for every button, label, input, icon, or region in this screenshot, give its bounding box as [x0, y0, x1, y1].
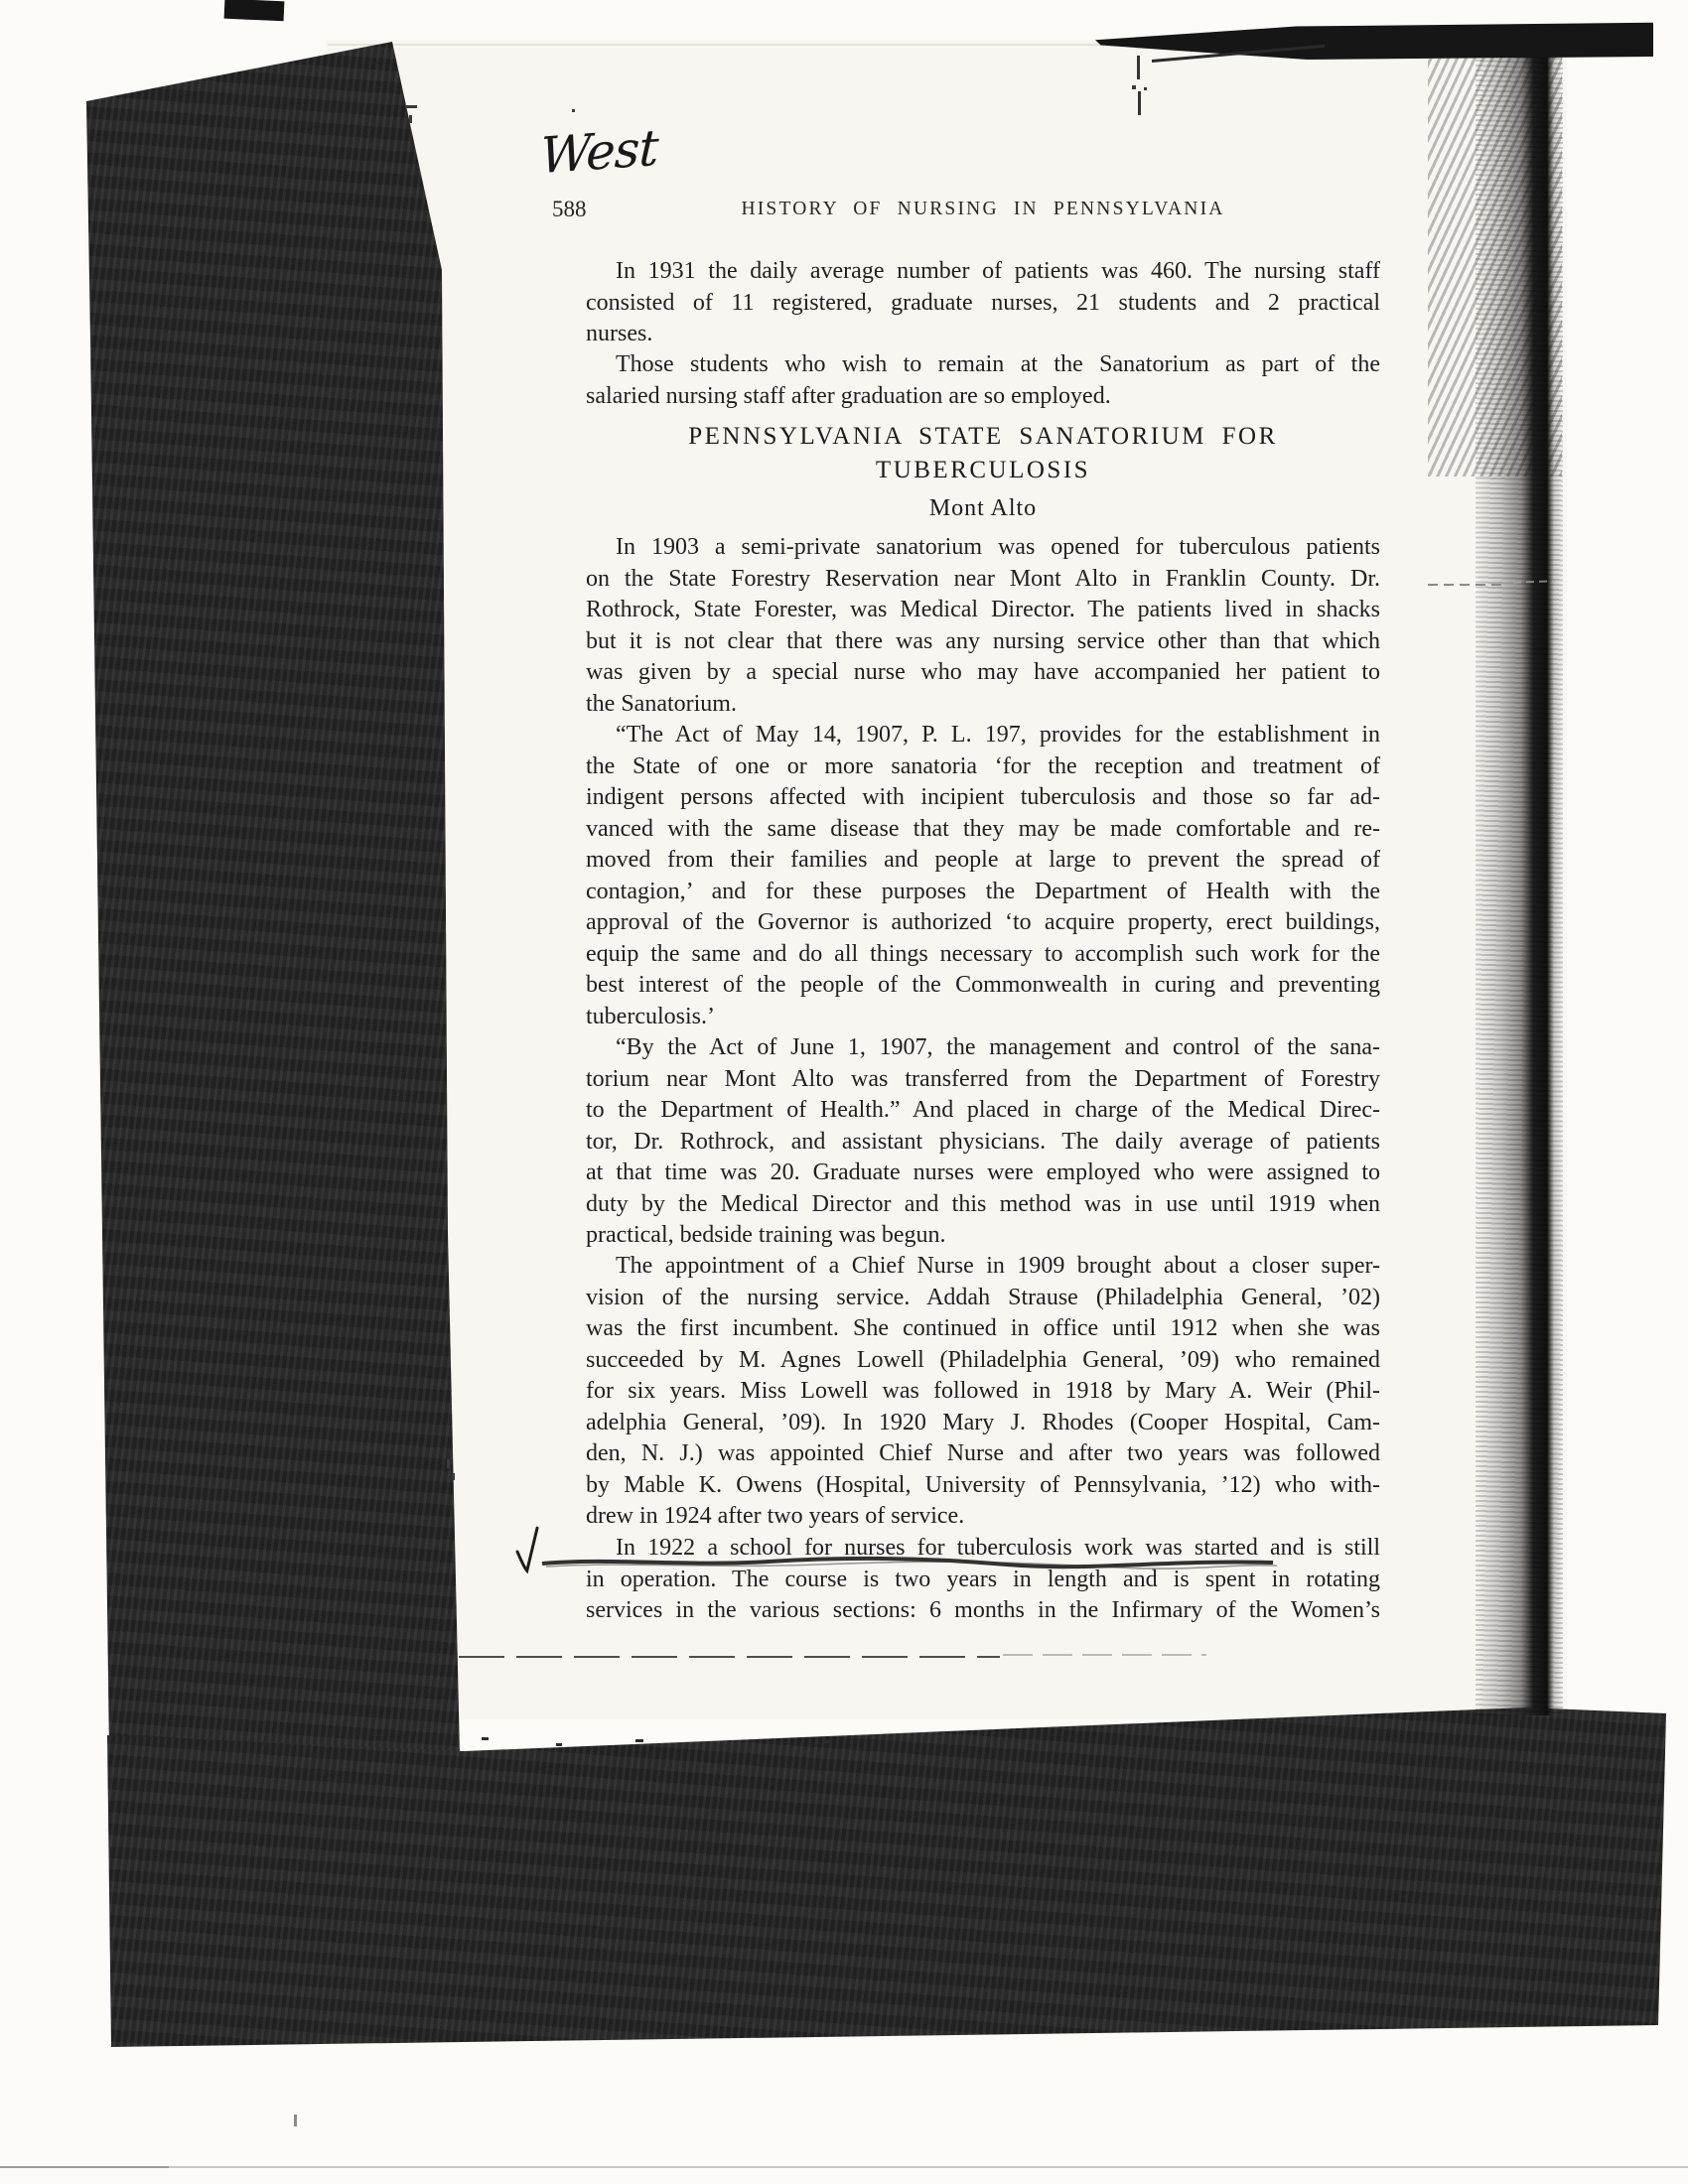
text-line: consisted of 11 registered, graduate nur…	[586, 288, 1380, 320]
bottom-dashed-rule	[459, 1656, 1000, 1658]
scan-hairline	[0, 2166, 1688, 2168]
hand-drawn-underline	[540, 1555, 1285, 1570]
paragraph: “The Act of May 14, 1907, P. L. 197, pro…	[586, 720, 1380, 1032]
text-line: succeeded by M. Agnes Lowell (Philadelph…	[586, 1345, 1380, 1377]
text-line: services in the various sections: 6 mont…	[586, 1595, 1380, 1627]
toner-top-left-dash	[224, 0, 285, 21]
toner-speck	[452, 1473, 455, 1480]
toner-speck	[1144, 87, 1147, 90]
text-line: In 1931 the daily average number of pati…	[586, 256, 1380, 288]
toner-speck	[635, 1739, 643, 1742]
section-subheading: Mont Alto	[586, 495, 1380, 522]
scan-hairline	[0, 2166, 169, 2168]
paragraph: In 1903 a semi-private sanatorium was op…	[586, 532, 1380, 720]
text-line: salaried nursing staff after graduation …	[586, 381, 1380, 413]
running-head-title: HISTORY OF NURSING IN PENNSYLVANIA	[586, 199, 1380, 220]
photocopied-book-page: { "colors": { "toner_black": "#242424", …	[0, 0, 1688, 2184]
text-line: at that time was 20. Graduate nurses wer…	[586, 1158, 1380, 1189]
text-line: den, N. J.) was appointed Chief Nurse an…	[586, 1438, 1380, 1470]
paragraph: In 1931 the daily average number of pati…	[586, 256, 1380, 350]
toner-speck	[725, 1744, 731, 1747]
toner-speck	[824, 1740, 831, 1743]
text-line: adelphia General, ’09). In 1920 Mary J. …	[586, 1408, 1380, 1439]
text-line: but it is not clear that there was any n…	[586, 626, 1380, 658]
handwritten-annotation: West	[539, 119, 658, 186]
paragraph: “By the Act of June 1, 1907, the managem…	[586, 1032, 1380, 1252]
text-line: by Mable K. Owens (Hospital, University …	[586, 1470, 1380, 1502]
paragraph: Those students who wish to remain at the…	[586, 349, 1380, 412]
text-line: was the first incumbent. She continued i…	[586, 1313, 1380, 1345]
photocopy-toner-left-band	[84, 42, 462, 1754]
text-line: on the State Forestry Reservation near M…	[586, 564, 1380, 596]
text-line: “The Act of May 14, 1907, P. L. 197, pro…	[586, 720, 1380, 751]
text-line: was given by a special nurse who may hav…	[586, 657, 1380, 689]
text-line: In 1903 a semi-private sanatorium was op…	[586, 532, 1380, 564]
stray-vertical-dash	[1138, 91, 1141, 115]
text-line: Rothrock, State Forester, was Medical Di…	[586, 595, 1380, 626]
toner-speck	[556, 1743, 562, 1746]
section-heading-line1: PENNSYLVANIA STATE SANATORIUM FOR	[586, 423, 1380, 451]
toner-speck	[294, 2115, 297, 2126]
text-line: the State of one or more sanatoria ‘for …	[586, 751, 1380, 783]
toner-speck	[409, 115, 412, 123]
text-line: moved from their families and people at …	[586, 845, 1380, 877]
page-top-edge	[328, 44, 1102, 46]
text-line: practical, bedside training was begun.	[586, 1220, 1380, 1252]
section-heading-line2: TUBERCULOSIS	[586, 457, 1380, 484]
text-line: best interest of the people of the Commo…	[586, 970, 1380, 1002]
text-line: nurses.	[586, 319, 1380, 350]
text-line: to the Department of Health.” And placed…	[586, 1095, 1380, 1127]
text-line: approval of the Governor is authorized ‘…	[586, 907, 1380, 939]
binding-shadow-top-smudge	[1428, 50, 1562, 477]
page-number: 588	[552, 197, 587, 222]
toner-speck	[572, 109, 575, 112]
paragraph: The appointment of a Chief Nurse in 1909…	[586, 1251, 1380, 1533]
text-line: tor, Dr. Rothrock, and assistant physici…	[586, 1127, 1380, 1159]
text-line: the Sanatorium.	[586, 689, 1380, 721]
paragraph: In 1922 a school for nurses for tubercul…	[586, 1533, 1380, 1627]
text-line: torium near Mont Alto was transferred fr…	[586, 1064, 1380, 1096]
text-line: equip the same and do all things necessa…	[586, 939, 1380, 971]
text-line: Those students who wish to remain at the…	[586, 349, 1380, 381]
toner-speck	[405, 105, 417, 108]
text-line: indigent persons affected with incipient…	[586, 782, 1380, 814]
stray-vertical-dash	[1137, 56, 1140, 79]
text-line: vanced with the same disease that they m…	[586, 814, 1380, 846]
text-line: drew in 1924 after two years of service.	[586, 1501, 1380, 1533]
bottom-dashed-rule	[1003, 1654, 1206, 1656]
text-line: The appointment of a Chief Nurse in 1909…	[586, 1251, 1380, 1283]
text-line: vision of the nursing service. Addah Str…	[586, 1283, 1380, 1314]
text-line: tuberculosis.’	[586, 1002, 1380, 1033]
margin-dashed-line	[1428, 584, 1507, 586]
text-line: for six years. Miss Lowell was followed …	[586, 1376, 1380, 1408]
toner-speck	[447, 1459, 450, 1468]
text-line: “By the Act of June 1, 1907, the managem…	[586, 1032, 1380, 1064]
text-line: duty by the Medical Director and this me…	[586, 1189, 1380, 1221]
toner-speck	[482, 1737, 489, 1740]
text-line: contagion,’ and for these purposes the D…	[586, 877, 1380, 908]
toner-speck	[1132, 85, 1136, 89]
